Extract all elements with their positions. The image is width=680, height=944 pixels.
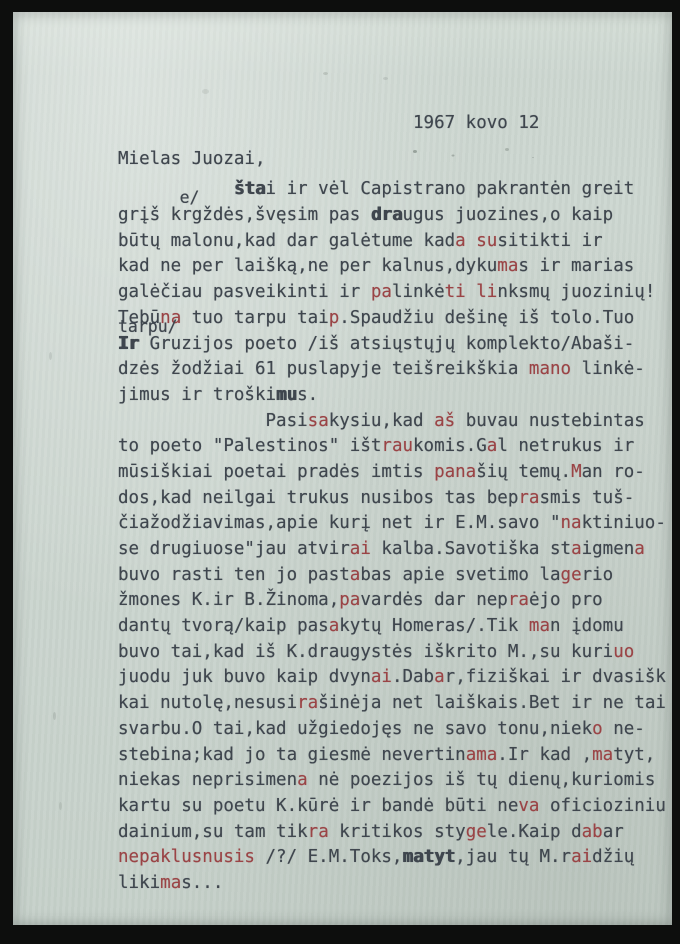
text-segment: ra xyxy=(297,693,318,713)
letter-line: žmones K.ir B.Žinoma,pavardės dar nepraė… xyxy=(118,588,658,614)
text-segment: Pasi xyxy=(266,411,308,431)
text-segment: ma xyxy=(529,616,550,636)
letter-page: 1967 kovo 12 Mielas Juozai, štai ir vėl … xyxy=(13,12,672,925)
text-segment xyxy=(466,282,477,302)
letter-line: galėčiau pasveikinti ir palinkėti linksm… xyxy=(118,280,658,306)
text-segment: rio xyxy=(582,565,614,585)
text-segment: grįš kr xyxy=(118,205,192,225)
text-segment: a xyxy=(634,539,645,559)
letter-line: kartu su poetu K.kūrė ir bandė būti neva… xyxy=(118,794,658,820)
text-segment: liki xyxy=(118,873,160,893)
text-segment: džių xyxy=(592,847,634,867)
text-segment: a xyxy=(571,539,582,559)
text-segment: bas apie svetimo la xyxy=(360,565,560,585)
letter-line: stebina;kad jo ta giesmė nevertinama.Ir … xyxy=(118,743,658,769)
letter-line: Tebūna tuo tarpu taip.Spaudžiu dešinę iš… xyxy=(118,306,658,332)
scan-smudge xyxy=(323,72,328,75)
text-segment: sa xyxy=(308,411,329,431)
text-segment: Gruzijos poeto /iš atsiųstųjų komplekto/… xyxy=(139,334,634,354)
text-segment: a xyxy=(434,667,445,687)
inserted-correction: e/ xyxy=(180,190,200,206)
letter-date: 1967 kovo 12 xyxy=(413,111,658,137)
text-segment: ge xyxy=(466,822,487,842)
text-segment: vardės dar nep xyxy=(360,590,508,610)
letter-line: Pasisakysiu,kad aš buvau nustebintas xyxy=(118,409,658,435)
text-segment: ra xyxy=(308,822,329,842)
letter-line: nepaklusnusis /?/ E.M.Toks,matyt,jau tų … xyxy=(118,845,658,871)
text-segment: r,fiziškai ir dvasišk xyxy=(445,667,666,687)
text-segment: ne- xyxy=(603,719,645,739)
text-segment: komis.G xyxy=(413,436,487,456)
text-segment: mano xyxy=(529,359,571,379)
text-segment: M xyxy=(571,462,582,482)
text-segment: an ro- xyxy=(582,462,645,482)
text-segment: ab xyxy=(582,822,603,842)
letter-line: čiažodžiavimas,apie kurį net ir E.M.savo… xyxy=(118,511,658,537)
text-segment: gždės,švęsim pas xyxy=(192,205,371,225)
letter-line: e/grįš krgždės,švęsim pas draugus juozin… xyxy=(118,203,658,229)
letter-line: buvo rasti ten jo pastabas apie svetimo … xyxy=(118,563,658,589)
text-segment: mu xyxy=(276,385,297,405)
text-segment xyxy=(466,231,477,251)
text-segment: ma xyxy=(592,745,613,765)
text-segment: se drugiuose"jau atvir xyxy=(118,539,350,559)
text-segment: kalba.Savotiška st xyxy=(371,539,571,559)
text-segment: .Dab xyxy=(392,667,434,687)
letter-line: būtų malonu,kad dar galėtume kada susiti… xyxy=(118,229,658,255)
text-segment: šių temų. xyxy=(476,462,571,482)
text-segment: matyt xyxy=(402,847,455,867)
text-segment: dra xyxy=(371,205,403,225)
text-segment: to poeto "Palestinos" išt xyxy=(118,436,381,456)
text-segment: galėčiau pasveikinti ir xyxy=(118,282,371,302)
text-segment: buvo tai,kad iš K.draugystės iškrito M.,… xyxy=(118,642,613,662)
text-segment: kritikos sty xyxy=(329,822,466,842)
text-segment: ra xyxy=(508,590,529,610)
letter-line: tarpu/Ir Gruzijos poeto /iš atsiųstųjų k… xyxy=(118,332,658,358)
text-segment: ma xyxy=(160,873,181,893)
letter-line: dzės žodžiai 61 puslapyje teišreikškia m… xyxy=(118,357,658,383)
text-segment: o xyxy=(592,719,603,739)
text-segment: šta xyxy=(234,179,266,199)
letter-body: štai ir vėl Capistrano pakrantėn greite/… xyxy=(118,177,658,896)
text-segment: ti xyxy=(445,282,466,302)
text-segment: ai xyxy=(571,847,592,867)
text-segment: ktiniuo- xyxy=(582,513,666,533)
letter-line: dantų tvorą/kaip pasakytų Homeras/.Tik m… xyxy=(118,614,658,640)
text-segment: nepaklusnusis xyxy=(118,847,255,867)
text-segment: kysiu,kad xyxy=(329,411,434,431)
inserted-correction: tarpu/ xyxy=(118,319,178,335)
text-segment: nksmų juozinių! xyxy=(497,282,655,302)
text-segment: ama xyxy=(466,745,498,765)
letter-line: jimus ir troškimus. xyxy=(118,383,658,409)
text-segment: būtų malonu,kad dar galėtume kad xyxy=(118,231,455,251)
text-segment: linkė- xyxy=(571,359,645,379)
text-segment: dainium,su tam tik xyxy=(118,822,308,842)
text-segment: a xyxy=(487,436,498,456)
scan-frame: { "doc": { "kind": "typewritten-letter-s… xyxy=(0,0,680,944)
text-segment: igmen xyxy=(582,539,635,559)
text-segment: ėjo pro xyxy=(529,590,603,610)
scan-smudge xyxy=(53,712,56,720)
text-segment: ai xyxy=(350,539,371,559)
letter-content: 1967 kovo 12 Mielas Juozai, štai ir vėl … xyxy=(118,111,658,897)
letter-line: dos,kad neilgai trukus nusibos tas bepra… xyxy=(118,486,658,512)
text-segment: mūsiškiai poetai pradės imtis xyxy=(118,462,434,482)
letter-line: niekas neprisimena nė poezijos iš tų die… xyxy=(118,768,658,794)
text-segment: n įdomu xyxy=(550,616,624,636)
text-segment: niekas neprisimen xyxy=(118,770,297,790)
text-segment: a xyxy=(350,565,361,585)
text-segment: p xyxy=(329,308,340,328)
text-segment: .Spaudžiu dešinę iš tolo.Tuo xyxy=(339,308,634,328)
text-segment: dantų tvorą/kaip pas xyxy=(118,616,329,636)
letter-line: kai nutolę,nesusirašinėja net laiškais.B… xyxy=(118,691,658,717)
text-segment: linkė xyxy=(392,282,445,302)
text-segment: a xyxy=(455,231,466,251)
text-segment: va xyxy=(518,796,539,816)
letter-line: mūsiškiai poetai pradės imtis panašių te… xyxy=(118,460,658,486)
letter-line: likimas... xyxy=(118,871,658,897)
text-segment: jimus ir troški xyxy=(118,385,276,405)
text-segment: nė poezijos iš tų dienų,kuriomis xyxy=(308,770,656,790)
text-segment: l netrukus ir xyxy=(497,436,634,456)
text-segment: ra xyxy=(518,488,539,508)
text-segment: dos,kad neilgai trukus nusibos tas bep xyxy=(118,488,518,508)
text-segment: .Ir kad , xyxy=(497,745,592,765)
text-segment: žmones K.ir B.Žinoma, xyxy=(118,590,339,610)
text-segment: le.Kaip d xyxy=(487,822,582,842)
text-segment: aš xyxy=(434,411,455,431)
text-segment: rau xyxy=(381,436,413,456)
text-segment: ge xyxy=(561,565,582,585)
text-segment: pa xyxy=(371,282,392,302)
text-segment: pa xyxy=(339,590,360,610)
letter-line: buvo tai,kad iš K.draugystės iškrito M.,… xyxy=(118,640,658,666)
text-segment: buvau nustebintas xyxy=(455,411,645,431)
text-segment: oficioziniu xyxy=(539,796,665,816)
text-segment: smis tuš- xyxy=(539,488,634,508)
text-segment: uo xyxy=(613,642,634,662)
text-segment: ugus juozines,o kaip xyxy=(403,205,614,225)
text-segment: i ir vėl Capistrano pakrantėn greit xyxy=(266,179,635,199)
text-segment: ma xyxy=(497,256,518,276)
text-segment: šinėja net laiškais.Bet ir ne tai xyxy=(318,693,666,713)
text-segment: dzės žodžiai 61 puslapyje teišreikškia xyxy=(118,359,529,379)
text-segment: s... xyxy=(181,873,223,893)
text-segment: kytų Homeras/.Tik xyxy=(339,616,529,636)
text-segment: s ir marias xyxy=(518,256,634,276)
text-segment: kai nutolę,nesusi xyxy=(118,693,297,713)
text-segment: su xyxy=(476,231,497,251)
letter-line: kad ne per laišką,ne per kalnus,dykumas … xyxy=(118,254,658,280)
text-segment: ,jau tų M.r xyxy=(455,847,571,867)
text-segment: kad ne per laišką,ne per kalnus,dyku xyxy=(118,256,497,276)
letter-line: dainium,su tam tikra kritikos stygele.Ka… xyxy=(118,820,658,846)
letter-line: svarbu.O tai,kad užgiedojęs ne savo tonu… xyxy=(118,717,658,743)
text-segment: svarbu.O tai,kad užgiedojęs ne savo tonu… xyxy=(118,719,592,739)
text-segment: tuo tarpu tai xyxy=(181,308,329,328)
text-segment: stebina;kad jo ta giesmė nevertin xyxy=(118,745,466,765)
text-segment: juodu juk buvo kaip dvyn xyxy=(118,667,371,687)
text-segment: pana xyxy=(434,462,476,482)
text-segment: ar xyxy=(603,822,624,842)
text-segment: kartu su poetu K.kūrė ir bandė būti ne xyxy=(118,796,518,816)
text-segment: čiažodžiavimas,apie kurį net ir E.M.savo… xyxy=(118,513,561,533)
text-segment: s. xyxy=(297,385,318,405)
text-segment: Ir xyxy=(118,334,139,354)
text-segment: /?/ E.M.Toks, xyxy=(255,847,403,867)
text-segment: a xyxy=(297,770,308,790)
text-segment: a xyxy=(329,616,340,636)
salutation: Mielas Juozai, xyxy=(118,147,658,173)
text-segment: ai xyxy=(371,667,392,687)
letter-line: to poeto "Palestinos" ištraukomis.Gal ne… xyxy=(118,434,658,460)
letter-line: se drugiuose"jau atvirai kalba.Savotiška… xyxy=(118,537,658,563)
text-segment: sitikti ir xyxy=(497,231,602,251)
text-segment: na xyxy=(561,513,582,533)
text-segment: tyt, xyxy=(613,745,655,765)
text-segment: buvo rasti ten jo past xyxy=(118,565,350,585)
letter-line: juodu juk buvo kaip dvynai.Dabar,fiziška… xyxy=(118,665,658,691)
text-segment: li xyxy=(476,282,497,302)
